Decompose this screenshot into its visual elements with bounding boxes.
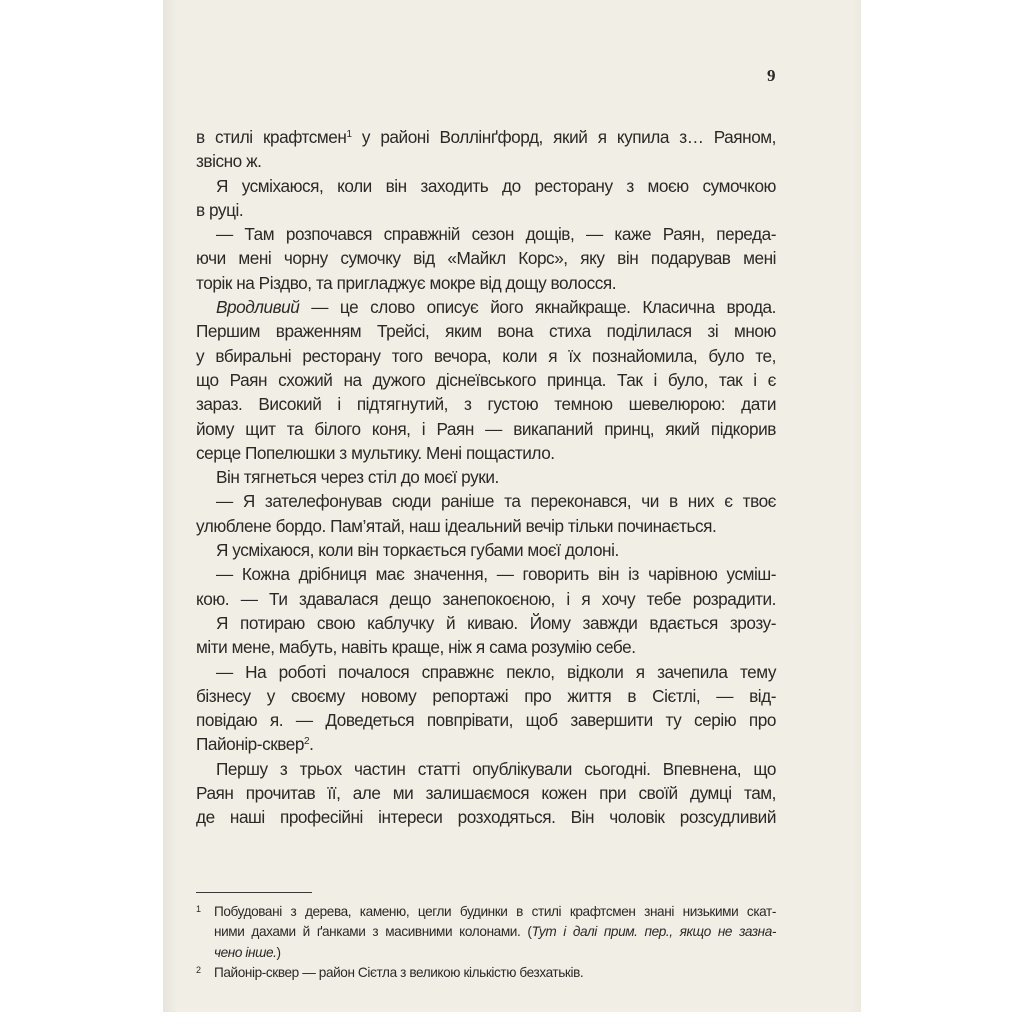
text-line: повідаю я. — Доведеться повпрівати, щоб …: [196, 708, 776, 732]
text-line: — Там розпочався справжній сезон дощів, …: [196, 222, 776, 246]
text-line: кою. — Ти здавалася дещо занепокоєною, і…: [196, 587, 776, 611]
text-line: — Кожна дрібниця має значення, — говорит…: [196, 562, 776, 586]
text-line: бізнесу у своєму новому репортажі про жи…: [196, 684, 776, 708]
book-page: 9 в стилі крафтсмен1 у районі Воллінґфор…: [163, 0, 861, 1012]
body-text: в стилі крафтсмен1 у районі Воллінґфорд,…: [196, 125, 776, 830]
text-segment: ними дахами й ґанками з масивними колона…: [214, 924, 531, 939]
text-line: — Я зателефонував сюди раніше та перекон…: [196, 489, 776, 513]
text-line: торік на Різдво, та пригладжує мокре від…: [196, 271, 776, 295]
text-line: Пайонір-сквер2.: [196, 732, 776, 756]
text-line: улюблене бордо. Пам’ятай, наш ідеальний …: [196, 514, 776, 538]
text-line: Першим враженням Трейсі, яким вона стиха…: [196, 319, 776, 343]
page-number: 9: [767, 66, 776, 86]
text-line: — На роботі почалося справжнє пекло, від…: [196, 660, 776, 684]
text-line: Раян прочитав її, але ми залишаємося кож…: [196, 781, 776, 805]
text-line: звісно ж.: [196, 149, 776, 173]
footnote-divider: [196, 892, 312, 893]
text-segment: ): [277, 945, 281, 960]
text-line: в руці.: [196, 198, 776, 222]
text-line: зараз. Високий і підтягнутий, з густою т…: [196, 392, 776, 416]
footnote-number: 1: [196, 899, 201, 919]
text-line: Я потираю свою каблучку й киваю. Йому за…: [196, 611, 776, 635]
footnote-line: чено інше.): [214, 943, 776, 963]
text-line: Я усміхаюся, коли він заходить до рестор…: [196, 174, 776, 198]
italic-text: Тут і далі прим. пер., якщо не зазна-: [531, 924, 776, 939]
footnote-2: 2 Пайонір-сквер — район Сієтла з великою…: [196, 963, 776, 983]
italic-text: чено інше.: [214, 945, 277, 960]
text-line: де наші професійні інтереси розходяться.…: [196, 805, 776, 829]
text-line: ючи мені чорну сумочку від «Майкл Корс»,…: [196, 246, 776, 270]
footnote-line: Побудовані з дерева, каменю, цегли будин…: [214, 902, 776, 922]
italic-word: Вродливий: [216, 297, 299, 317]
footnote-1: 1 Побудовані з дерева, каменю, цегли буд…: [196, 902, 776, 963]
footnote-line: Пайонір-сквер — район Сієтла з великою к…: [214, 963, 776, 983]
footnotes: 1 Побудовані з дерева, каменю, цегли буд…: [196, 902, 776, 983]
text-line: Вродливий — це слово описує його якнайкр…: [196, 295, 776, 319]
text-segment: .: [309, 734, 313, 754]
text-line: в стилі крафтсмен1 у районі Воллінґфорд,…: [196, 125, 776, 149]
text-segment: — це слово описує його якнайкраще. Класи…: [299, 297, 776, 317]
text-segment: у районі Воллінґфорд, який я купила з… Р…: [352, 127, 776, 147]
text-line: Я усміхаюся, коли він торкається губами …: [196, 538, 776, 562]
footnote-number: 2: [196, 960, 201, 980]
text-line: серце Попелюшки з мультику. Мені пощасти…: [196, 441, 776, 465]
text-line: йому щит та білого коня, і Раян — викапа…: [196, 417, 776, 441]
text-segment: Пайонір-сквер: [196, 734, 304, 754]
text-line: Він тягнеться через стіл до моєї руки.: [196, 465, 776, 489]
text-line: що Раян схожий на дужого діснеївського п…: [196, 368, 776, 392]
footnote-line: ними дахами й ґанками з масивними колона…: [214, 922, 776, 942]
text-line: у вбиральні ресторану того вечора, коли …: [196, 344, 776, 368]
text-line: міти мене, мабуть, навіть краще, ніж я с…: [196, 635, 776, 659]
text-line: Першу з трьох частин статті опублікували…: [196, 757, 776, 781]
text-segment: в стилі крафтсмен: [196, 127, 346, 147]
